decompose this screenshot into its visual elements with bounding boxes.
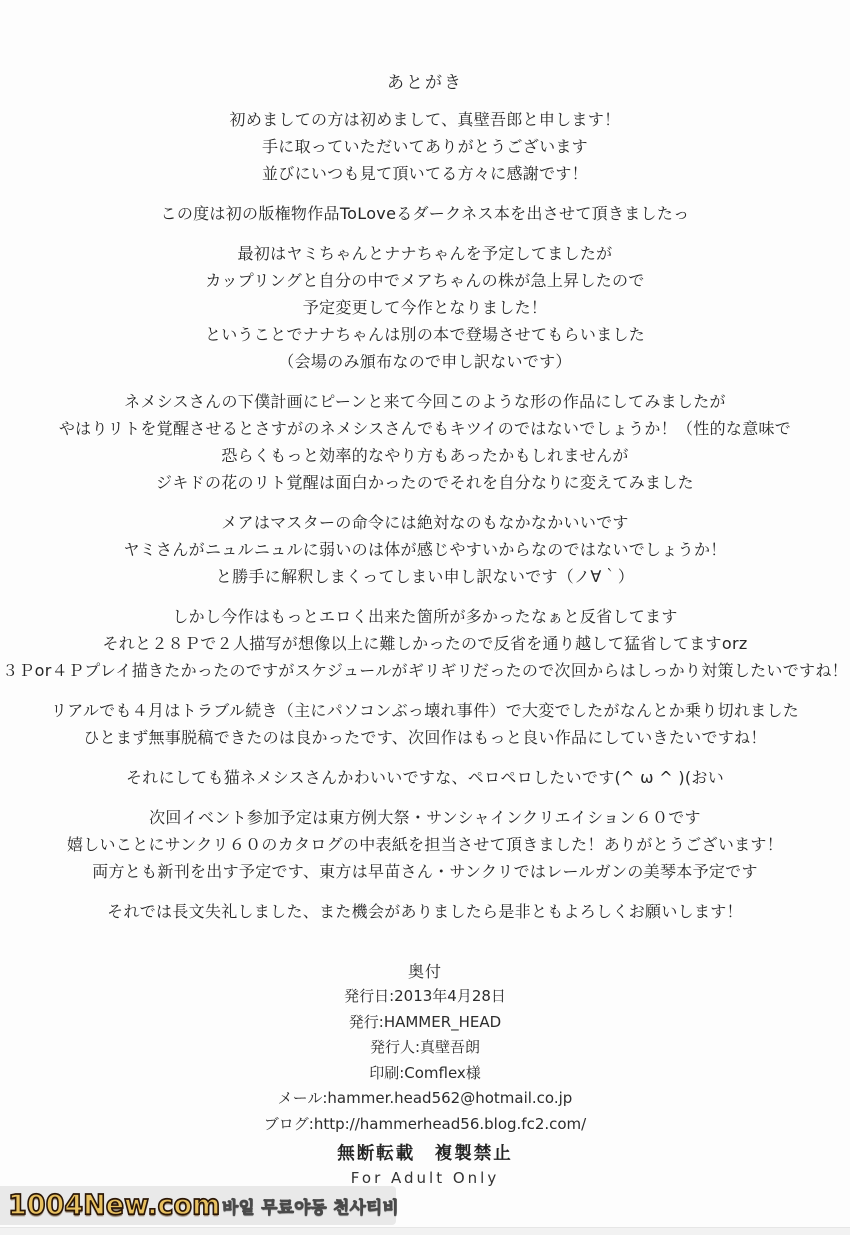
afterword-column: あとがき 初めましての方は初めまして、真壁吾郎と申します！手に取っていただいてあ… xyxy=(0,0,850,1187)
afterword-paragraph: それにしても猫ネメシスさんかわいいですな、ペロペロしたいです(^ ω ^ )(お… xyxy=(0,764,850,791)
afterword-line: この度は初の版権物作品ToLoveるダークネス本を出させて頂きましたっ xyxy=(0,200,850,227)
afterword-paragraphs: 初めましての方は初めまして、真壁吾郎と申します！手に取っていただいてありがとうご… xyxy=(0,106,850,925)
adult-only-label: For Adult Only xyxy=(0,1169,850,1187)
afterword-line: ３Ｐor４Ｐプレイ描きたかったのですがスケジュールがギリギリだったので次回からは… xyxy=(0,657,850,684)
afterword-line: 次回イベント参加予定は東方例大祭・サンシャインクリエイション６０です xyxy=(0,804,850,831)
afterword-line: ジキドの花のリト覚醒は面白かったのでそれを自分なりに変えてみました xyxy=(0,469,850,496)
colophon-line: 発行日:2013年4月28日 xyxy=(0,984,850,1010)
afterword-line: （会場のみ頒布なので申し訳ないです） xyxy=(0,348,850,375)
afterword-line: ひとまず無事脱稿できたのは良かったです、次回作はもっと良い作品にしていきたいです… xyxy=(0,724,850,751)
afterword-line: それと２８Ｐで２人描写が想像以上に難しかったので反省を通り越して猛省してますor… xyxy=(0,630,850,657)
afterword-line: それにしても猫ネメシスさんかわいいですな、ペロペロしたいです(^ ω ^ )(お… xyxy=(0,764,850,791)
colophon-heading: 奥付 xyxy=(0,959,850,982)
afterword-paragraph: この度は初の版権物作品ToLoveるダークネス本を出させて頂きましたっ xyxy=(0,200,850,227)
colophon-line: 発行人:真壁吾朗 xyxy=(0,1035,850,1061)
colophon-line: 発行:HAMMER_HEAD xyxy=(0,1010,850,1036)
colophon-lines: 発行日:2013年4月28日発行:HAMMER_HEAD発行人:真壁吾朗印刷:C… xyxy=(0,984,850,1137)
afterword-line: ということでナナちゃんは別の本で登場させてもらいました xyxy=(0,321,850,348)
afterword-line: ネメシスさんの下僕計画にピーンと来て今回このような形の作品にしてみましたが xyxy=(0,388,850,415)
afterword-line: ヤミさんがニュルニュルに弱いのは体が感じやすいからなのではないでしょうか！ xyxy=(0,536,850,563)
afterword-line: 予定変更して今作となりました！ xyxy=(0,294,850,321)
afterword-paragraph: メアはマスターの命令には絶対なのもなかなかいいですヤミさんがニュルニュルに弱いの… xyxy=(0,509,850,590)
afterword-line: 両方とも新刊を出す予定です、東方は早苗さん・サンクリではレールガンの美琴本予定で… xyxy=(0,858,850,885)
afterword-paragraph: 最初はヤミちゃんとナナちゃんを予定してましたがカップリングと自分の中でメアちゃん… xyxy=(0,240,850,375)
colophon-line: ブログ:http://hammerhead56.blog.fc2.com/ xyxy=(0,1112,850,1138)
afterword-line: やはりリトを覚醒させるとさすがのネメシスさんでもキツイのではないでしょうか！（性… xyxy=(0,415,850,442)
colophon: 奥付 発行日:2013年4月28日発行:HAMMER_HEAD発行人:真壁吾朗印… xyxy=(0,959,850,1187)
afterword-paragraph: リアルでも４月はトラブル続き（主にパソコンぶっ壊れ事件）で大変でしたがなんとか乗… xyxy=(0,697,850,751)
afterword-line: 恐らくもっと効率的なやり方もあったかもしれませんが xyxy=(0,442,850,469)
afterword-line: 手に取っていただいてありがとうございます xyxy=(0,133,850,160)
afterword-line: しかし今作はもっとエロく出来た箇所が多かったなぁと反省してます xyxy=(0,603,850,630)
afterword-line: カップリングと自分の中でメアちゃんの株が急上昇したので xyxy=(0,267,850,294)
afterword-paragraph: ネメシスさんの下僕計画にピーンと来て今回このような形の作品にしてみましたがやはり… xyxy=(0,388,850,496)
afterword-heading: あとがき xyxy=(0,68,850,93)
colophon-line: メール:hammer.head562@hotmail.co.jp xyxy=(0,1086,850,1112)
afterword-line: それでは長文失礼しました、また機会がありましたら是非ともよろしくお願いします！ xyxy=(0,898,850,925)
afterword-paragraph: それでは長文失礼しました、また機会がありましたら是非ともよろしくお願いします！ xyxy=(0,898,850,925)
afterword-line: 並びにいつも見て頂いてる方々に感謝です！ xyxy=(0,160,850,187)
afterword-line: 嬉しいことにサンクリ６０のカタログの中表紙を担当させて頂きました！ありがとうござ… xyxy=(0,831,850,858)
afterword-paragraph: 初めましての方は初めまして、真壁吾郎と申します！手に取っていただいてありがとうご… xyxy=(0,106,850,187)
reproduction-prohibited-notice: 無断転載 複製禁止 xyxy=(0,1140,850,1165)
afterword-line: メアはマスターの命令には絶対なのもなかなかいいです xyxy=(0,509,850,536)
colophon-line: 印刷:Comflex様 xyxy=(0,1061,850,1087)
afterword-paragraph: 次回イベント参加予定は東方例大祭・サンシャインクリエイション６０です嬉しいことに… xyxy=(0,804,850,885)
afterword-line: リアルでも４月はトラブル続き（主にパソコンぶっ壊れ事件）で大変でしたがなんとか乗… xyxy=(0,697,850,724)
scan-bottom-edge xyxy=(0,1227,850,1235)
afterword-line: 最初はヤミちゃんとナナちゃんを予定してましたが xyxy=(0,240,850,267)
watermark-korean-tagline: 바일 무료야동 천사티비 xyxy=(222,1194,399,1218)
watermark: 1004New.com 바일 무료야동 천사티비 xyxy=(0,1186,396,1225)
scanned-afterword-page: あとがき 初めましての方は初めまして、真壁吾郎と申します！手に取っていただいてあ… xyxy=(0,0,850,1235)
watermark-site-url: 1004New.com xyxy=(8,1190,220,1222)
afterword-line: と勝手に解釈しまくってしまい申し訳ないです（ノ∀｀） xyxy=(0,563,850,590)
afterword-line: 初めましての方は初めまして、真壁吾郎と申します！ xyxy=(0,106,850,133)
afterword-paragraph: しかし今作はもっとエロく出来た箇所が多かったなぁと反省してますそれと２８Ｐで２人… xyxy=(0,603,850,684)
